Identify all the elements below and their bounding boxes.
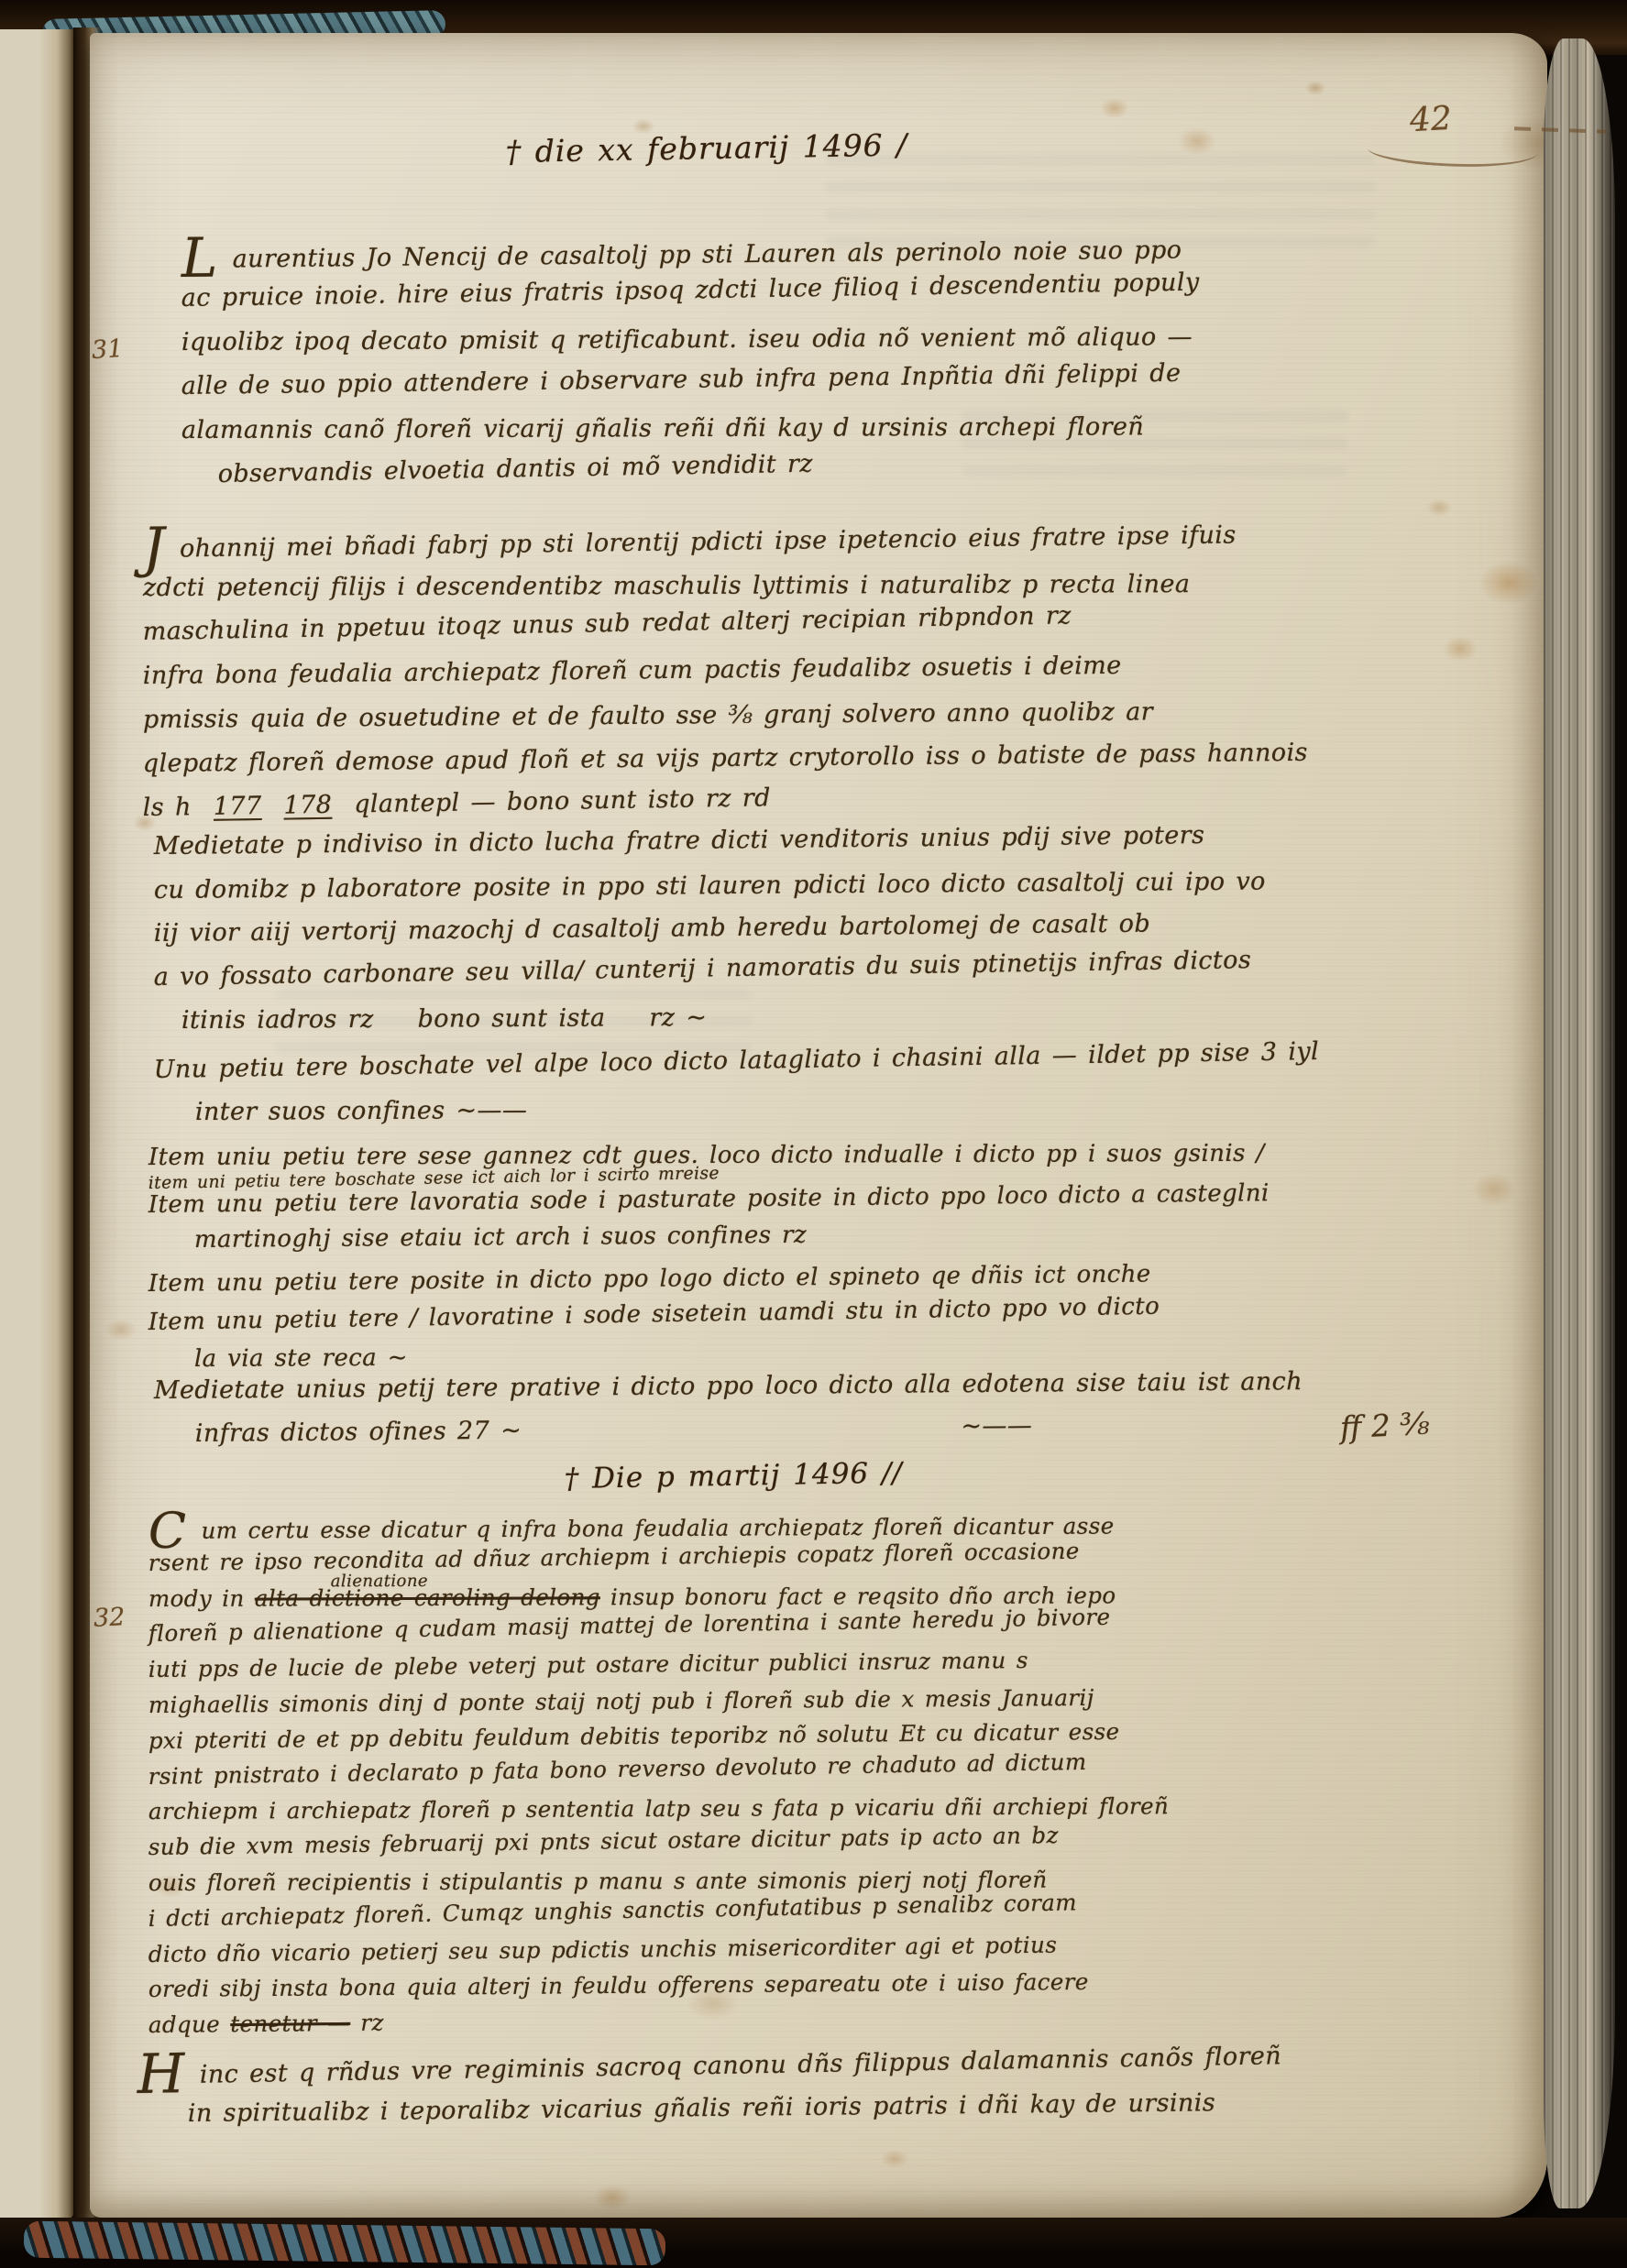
manuscript-line: Item unu petiu tere posite in dicto ppo …: [148, 1261, 1151, 1298]
manuscript-line: maschulina in ppetuu itoqz unus sub reda…: [142, 601, 1072, 646]
margin-entry-number-31: 31: [91, 334, 124, 365]
manuscript-line: cu domibz p laboratore posite in ppo sti…: [154, 867, 1266, 904]
manuscript-text-segment: archiepm i archiepatz floreñ p sententia…: [148, 1793, 1169, 1825]
manuscript-text-segment: infra bona feudalia archiepatz floreñ cu…: [143, 652, 1122, 690]
manuscript-line: Hinc est q rñdus vre regiminis sacroq ca…: [137, 2036, 1281, 2094]
decorated-initial: J: [142, 517, 165, 580]
manuscript-text-segment: alamannis canõ floreñ vicarij gñalis reñ…: [181, 412, 1144, 444]
manuscript-text-segment: adque: [148, 2011, 231, 2038]
manuscript-line: Johannij mei bñadi fabrj pp sti lorentij…: [142, 515, 1236, 567]
manuscript-line: in spiritualibz i teporalibz vicarius gñ…: [188, 2088, 1215, 2128]
manuscript-line: dicto dño vicario petierj seu sup pdicti…: [148, 1931, 1058, 1967]
manuscript-line: Medietate unius petij tere prative i dic…: [154, 1367, 1303, 1405]
manuscript-text-segment: qlantepl — bono sunt isto rz rd: [332, 783, 771, 819]
manuscript-text-segment: pmissis quia de osuetudine et de faulto …: [143, 697, 1153, 734]
manuscript-text-segment: itinis iadros rz bono sunt ista rz ~: [181, 1003, 708, 1035]
margin-entry-number-32: 32: [93, 1603, 126, 1633]
manuscript-text-segment: oredi sibj insta bona quia alterj in feu…: [148, 1968, 1089, 2002]
manuscript-text-segment: la via ste reca ~: [194, 1344, 408, 1373]
manuscript-line: sub die xvm mesis februarij pxi pnts sic…: [148, 1822, 1059, 1860]
manuscript-text-segment: rz: [350, 2010, 384, 2036]
manuscript-text-segment: dicto dño vicario petierj seu sup pdicti…: [148, 1931, 1058, 1967]
decorated-initial: L: [181, 227, 218, 290]
manuscript-text-segment: alle de suo ppio attendere i observare s…: [181, 359, 1182, 400]
manuscript-line: oredi sibj insta bona quia alterj in feu…: [148, 1968, 1089, 2002]
manuscript-line: adque tenetur — rz: [148, 2010, 384, 2038]
manuscript-text-segment: qlepatz floreñ demose apud floñ et sa vi…: [143, 739, 1308, 778]
manuscript-text-segment: tenetur —: [230, 2010, 350, 2037]
manuscript-line: observandis elvoetia dantis oi mõ vendid…: [217, 450, 813, 488]
manuscript-line: martinoghj sise etaiu ict arch i suos co…: [194, 1222, 807, 1254]
manuscript-line: alle de suo ppio attendere i observare s…: [181, 359, 1182, 400]
interlinear-insertion: alienatione: [331, 1571, 428, 1590]
manuscript-line: qlepatz floreñ demose apud floñ et sa vi…: [143, 739, 1308, 778]
folio-number: 42: [1409, 100, 1453, 139]
manuscript-text-segment: martinoghj sise etaiu ict arch i suos co…: [194, 1222, 807, 1254]
manuscript-line: rsint pnistrato i declarato p fata bono …: [148, 1748, 1087, 1790]
manuscript-line: pmissis quia de osuetudine et de faulto …: [143, 697, 1153, 734]
manuscript-text-segment: Item unu petiu tere posite in dicto ppo …: [148, 1261, 1151, 1298]
folio-flourish-dashes: [1514, 126, 1606, 133]
manuscript-text-segment: Medietate unius petij tere prative i dic…: [154, 1367, 1303, 1405]
manuscript-line: a vo fossato carbonare seu villa/ cunter…: [154, 946, 1252, 992]
manuscript-text-segment: Medietate p indiviso in dicto lucha frat…: [154, 821, 1205, 860]
page-text-layer: 42 31 32 ff 2 ⅜ † die xx februarij 1496 …: [0, 0, 1627, 2268]
manuscript-line: alamannis canõ floreñ vicarij gñalis reñ…: [181, 412, 1144, 444]
manuscript-text-segment: aurentius Jo Nencij de casaltolj pp sti …: [232, 236, 1182, 274]
entry-date-heading: † die xx februarij 1496 /: [505, 126, 907, 170]
manuscript-photo: 42 31 32 ff 2 ⅜ † die xx februarij 1496 …: [0, 0, 1627, 2268]
manuscript-line: Item unu petiu tere / lavoratine i sode …: [148, 1293, 1160, 1336]
manuscript-text-segment: Unu petiu tere boschate vel alpe loco di…: [154, 1037, 1320, 1084]
manuscript-text-segment: rsint pnistrato i declarato p fata bono …: [148, 1748, 1087, 1790]
manuscript-line: iij vior aiij vertorij mazochj d casalto…: [154, 910, 1150, 948]
manuscript-line: Unu petiu tere boschate vel alpe loco di…: [154, 1037, 1320, 1084]
manuscript-text-segment: maschulina in ppetuu itoqz unus sub reda…: [142, 601, 1072, 646]
manuscript-text-segment: observandis elvoetia dantis oi mõ vendid…: [217, 450, 813, 488]
manuscript-line: archiepm i archiepatz floreñ p sententia…: [148, 1793, 1169, 1825]
folio-flourish: [1367, 137, 1538, 173]
manuscript-text-segment: ls h: [143, 793, 214, 822]
manuscript-text-segment: iuti pps de lucie de plebe veterj put os…: [148, 1647, 1028, 1682]
entry-date-heading: † Die p martij 1496 //: [564, 1457, 903, 1496]
manuscript-line: Medietate p indiviso in dicto lucha frat…: [154, 821, 1205, 860]
manuscript-text-segment: a vo fossato carbonare seu villa/ cunter…: [154, 946, 1252, 992]
manuscript-text-segment: 178: [283, 791, 332, 820]
manuscript-text-segment: iij vior aiij vertorij mazochj d casalto…: [154, 910, 1150, 948]
manuscript-line: infras dictos ofines 27 ~ ~——: [195, 1411, 1033, 1448]
manuscript-text-segment: [261, 792, 283, 820]
manuscript-text-segment: in spiritualibz i teporalibz vicarius gñ…: [188, 2088, 1215, 2128]
manuscript-text-segment: mighaellis simonis dinj d ponte staij no…: [148, 1684, 1094, 1718]
margin-sum-note: ff 2 ⅜: [1339, 1405, 1430, 1445]
manuscript-text-segment: sub die xvm mesis februarij pxi pnts sic…: [148, 1822, 1059, 1860]
manuscript-line: pxi pteriti de et pp debitu feuldum debi…: [148, 1718, 1120, 1754]
manuscript-line: infra bona feudalia archiepatz floreñ cu…: [143, 652, 1122, 690]
manuscript-text-segment: 177: [214, 792, 262, 821]
manuscript-line: itinis iadros rz bono sunt ista rz ~: [181, 1003, 708, 1035]
manuscript-text-segment: cu domibz p laboratore posite in ppo sti…: [154, 867, 1266, 904]
manuscript-line: iuti pps de lucie de plebe veterj put os…: [148, 1647, 1028, 1682]
decorated-initial: H: [137, 2043, 185, 2107]
manuscript-text-segment: ohannij mei bñadi fabrj pp sti lorentij …: [180, 520, 1237, 563]
manuscript-text-segment: Item unu petiu tere / lavoratine i sode …: [148, 1293, 1160, 1336]
manuscript-line: mighaellis simonis dinj d ponte staij no…: [148, 1684, 1094, 1718]
manuscript-text-segment: infras dictos ofines 27 ~ ~——: [195, 1411, 1033, 1448]
manuscript-text-segment: mody in: [148, 1584, 255, 1611]
manuscript-line: ls h 177 178 qlantepl — bono sunt isto r…: [143, 783, 772, 822]
manuscript-text-segment: iquolibz ipoq decato pmisit q retificabu…: [181, 323, 1193, 356]
manuscript-text-segment: pxi pteriti de et pp debitu feuldum debi…: [148, 1718, 1120, 1754]
manuscript-line: zdcti petencij filijs i descendentibz ma…: [143, 570, 1190, 602]
manuscript-line: la via ste reca ~: [194, 1344, 408, 1373]
manuscript-text-segment: inc est q rñdus vre regiminis sacroq can…: [200, 2042, 1282, 2089]
manuscript-line: iquolibz ipoq decato pmisit q retificabu…: [181, 323, 1193, 356]
manuscript-text-segment: zdcti petencij filijs i descendentibz ma…: [143, 570, 1190, 602]
corrected-text: alta dictione caroling delongalienatione: [255, 1583, 600, 1611]
manuscript-line: inter suos confines ~——: [195, 1096, 527, 1126]
manuscript-text-segment: inter suos confines ~——: [195, 1096, 527, 1126]
